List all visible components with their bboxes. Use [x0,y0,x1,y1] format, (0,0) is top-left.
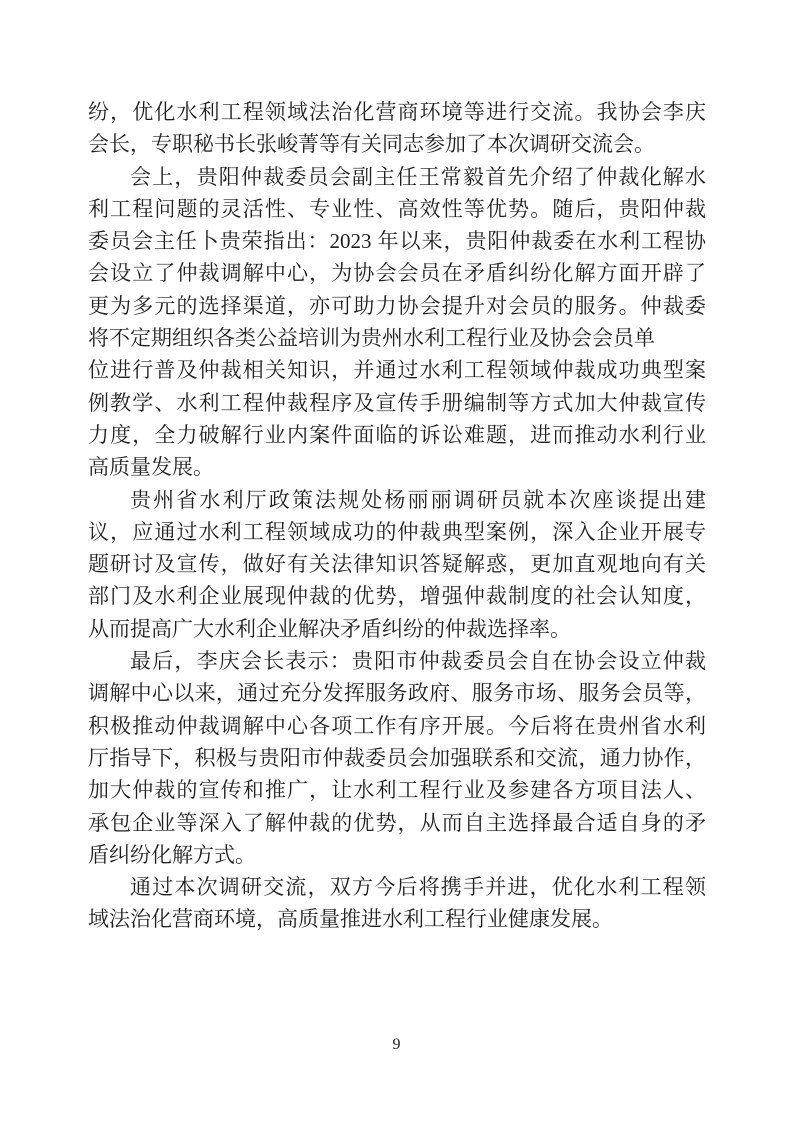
text-line: 从而提高广大水利企业解决矛盾纠纷的仲裁选择率。 [88,613,706,645]
text-line: 会上，贵阳仲裁委员会副主任王常毅首先介绍了仲裁化解水 [88,161,706,193]
text-line: 积极推动仲裁调解中心各项工作有序开展。今后将在贵州省水利 [88,710,706,742]
text-line: 部门及水利企业展现仲裁的优势，增强仲裁制度的社会认知度， [88,580,706,612]
text-line: 盾纠纷化解方式。 [88,839,706,871]
text-line: 会长，专职秘书长张峻菁等有关同志参加了本次调研交流会。 [88,128,706,160]
text-line: 最后，李庆会长表示：贵阳市仲裁委员会自在协会设立仲裁 [88,645,706,677]
text-line: 高质量发展。 [88,451,706,483]
document-page: 纷，优化水利工程领域法治化营商环境等进行交流。我协会李庆 会长，专职秘书长张峻菁… [0,0,793,1122]
text-line: 例教学、水利工程仲裁程序及宣传手册编制等方式加大仲裁宣传 [88,387,706,419]
text-block: 纷，优化水利工程领域法治化营商环境等进行交流。我协会李庆 会长，专职秘书长张峻菁… [88,96,706,936]
text-line: 调解中心以来，通过充分发挥服务政府、服务市场、服务会员等， [88,677,706,709]
text-line: 承包企业等深入了解仲裁的优势，从而自主选择最合适自身的矛 [88,807,706,839]
text-line: 委员会主任卜贵荣指出：2023 年以来，贵阳仲裁委在水利工程协 [88,225,706,257]
text-line: 更为多元的选择渠道，亦可助力协会提升对会员的服务。仲裁委 [88,290,706,322]
text-line: 通过本次调研交流，双方今后将携手并进，优化水利工程领 [88,871,706,903]
text-line: 会设立了仲裁调解中心，为协会会员在矛盾纠纷化解方面开辟了 [88,257,706,289]
text-line: 域法治化营商环境，高质量推进水利工程行业健康发展。 [88,903,706,935]
text-line: 议，应通过水利工程领域成功的仲裁典型案例，深入企业开展专 [88,516,706,548]
page-number: 9 [0,1034,793,1056]
text-line: 将不定期组织各类公益培训为贵州水利工程行业及协会会员单 [88,322,706,354]
text-line: 纷，优化水利工程领域法治化营商环境等进行交流。我协会李庆 [88,96,706,128]
text-line: 力度，全力破解行业内案件面临的诉讼难题，进而推动水利行业 [88,419,706,451]
text-line: 厅指导下，积极与贵阳市仲裁委员会加强联系和交流，通力协作， [88,742,706,774]
text-line: 加大仲裁的宣传和推广，让水利工程行业及参建各方项目法人、 [88,774,706,806]
text-line: 题研讨及宣传，做好有关法律知识答疑解惑，更加直观地向有关 [88,548,706,580]
text-line: 贵州省水利厅政策法规处杨丽丽调研员就本次座谈提出建 [88,484,706,516]
text-line: 利工程问题的灵活性、专业性、高效性等优势。随后，贵阳仲裁 [88,193,706,225]
text-line: 位进行普及仲裁相关知识，并通过水利工程领域仲裁成功典型案 [88,354,706,386]
